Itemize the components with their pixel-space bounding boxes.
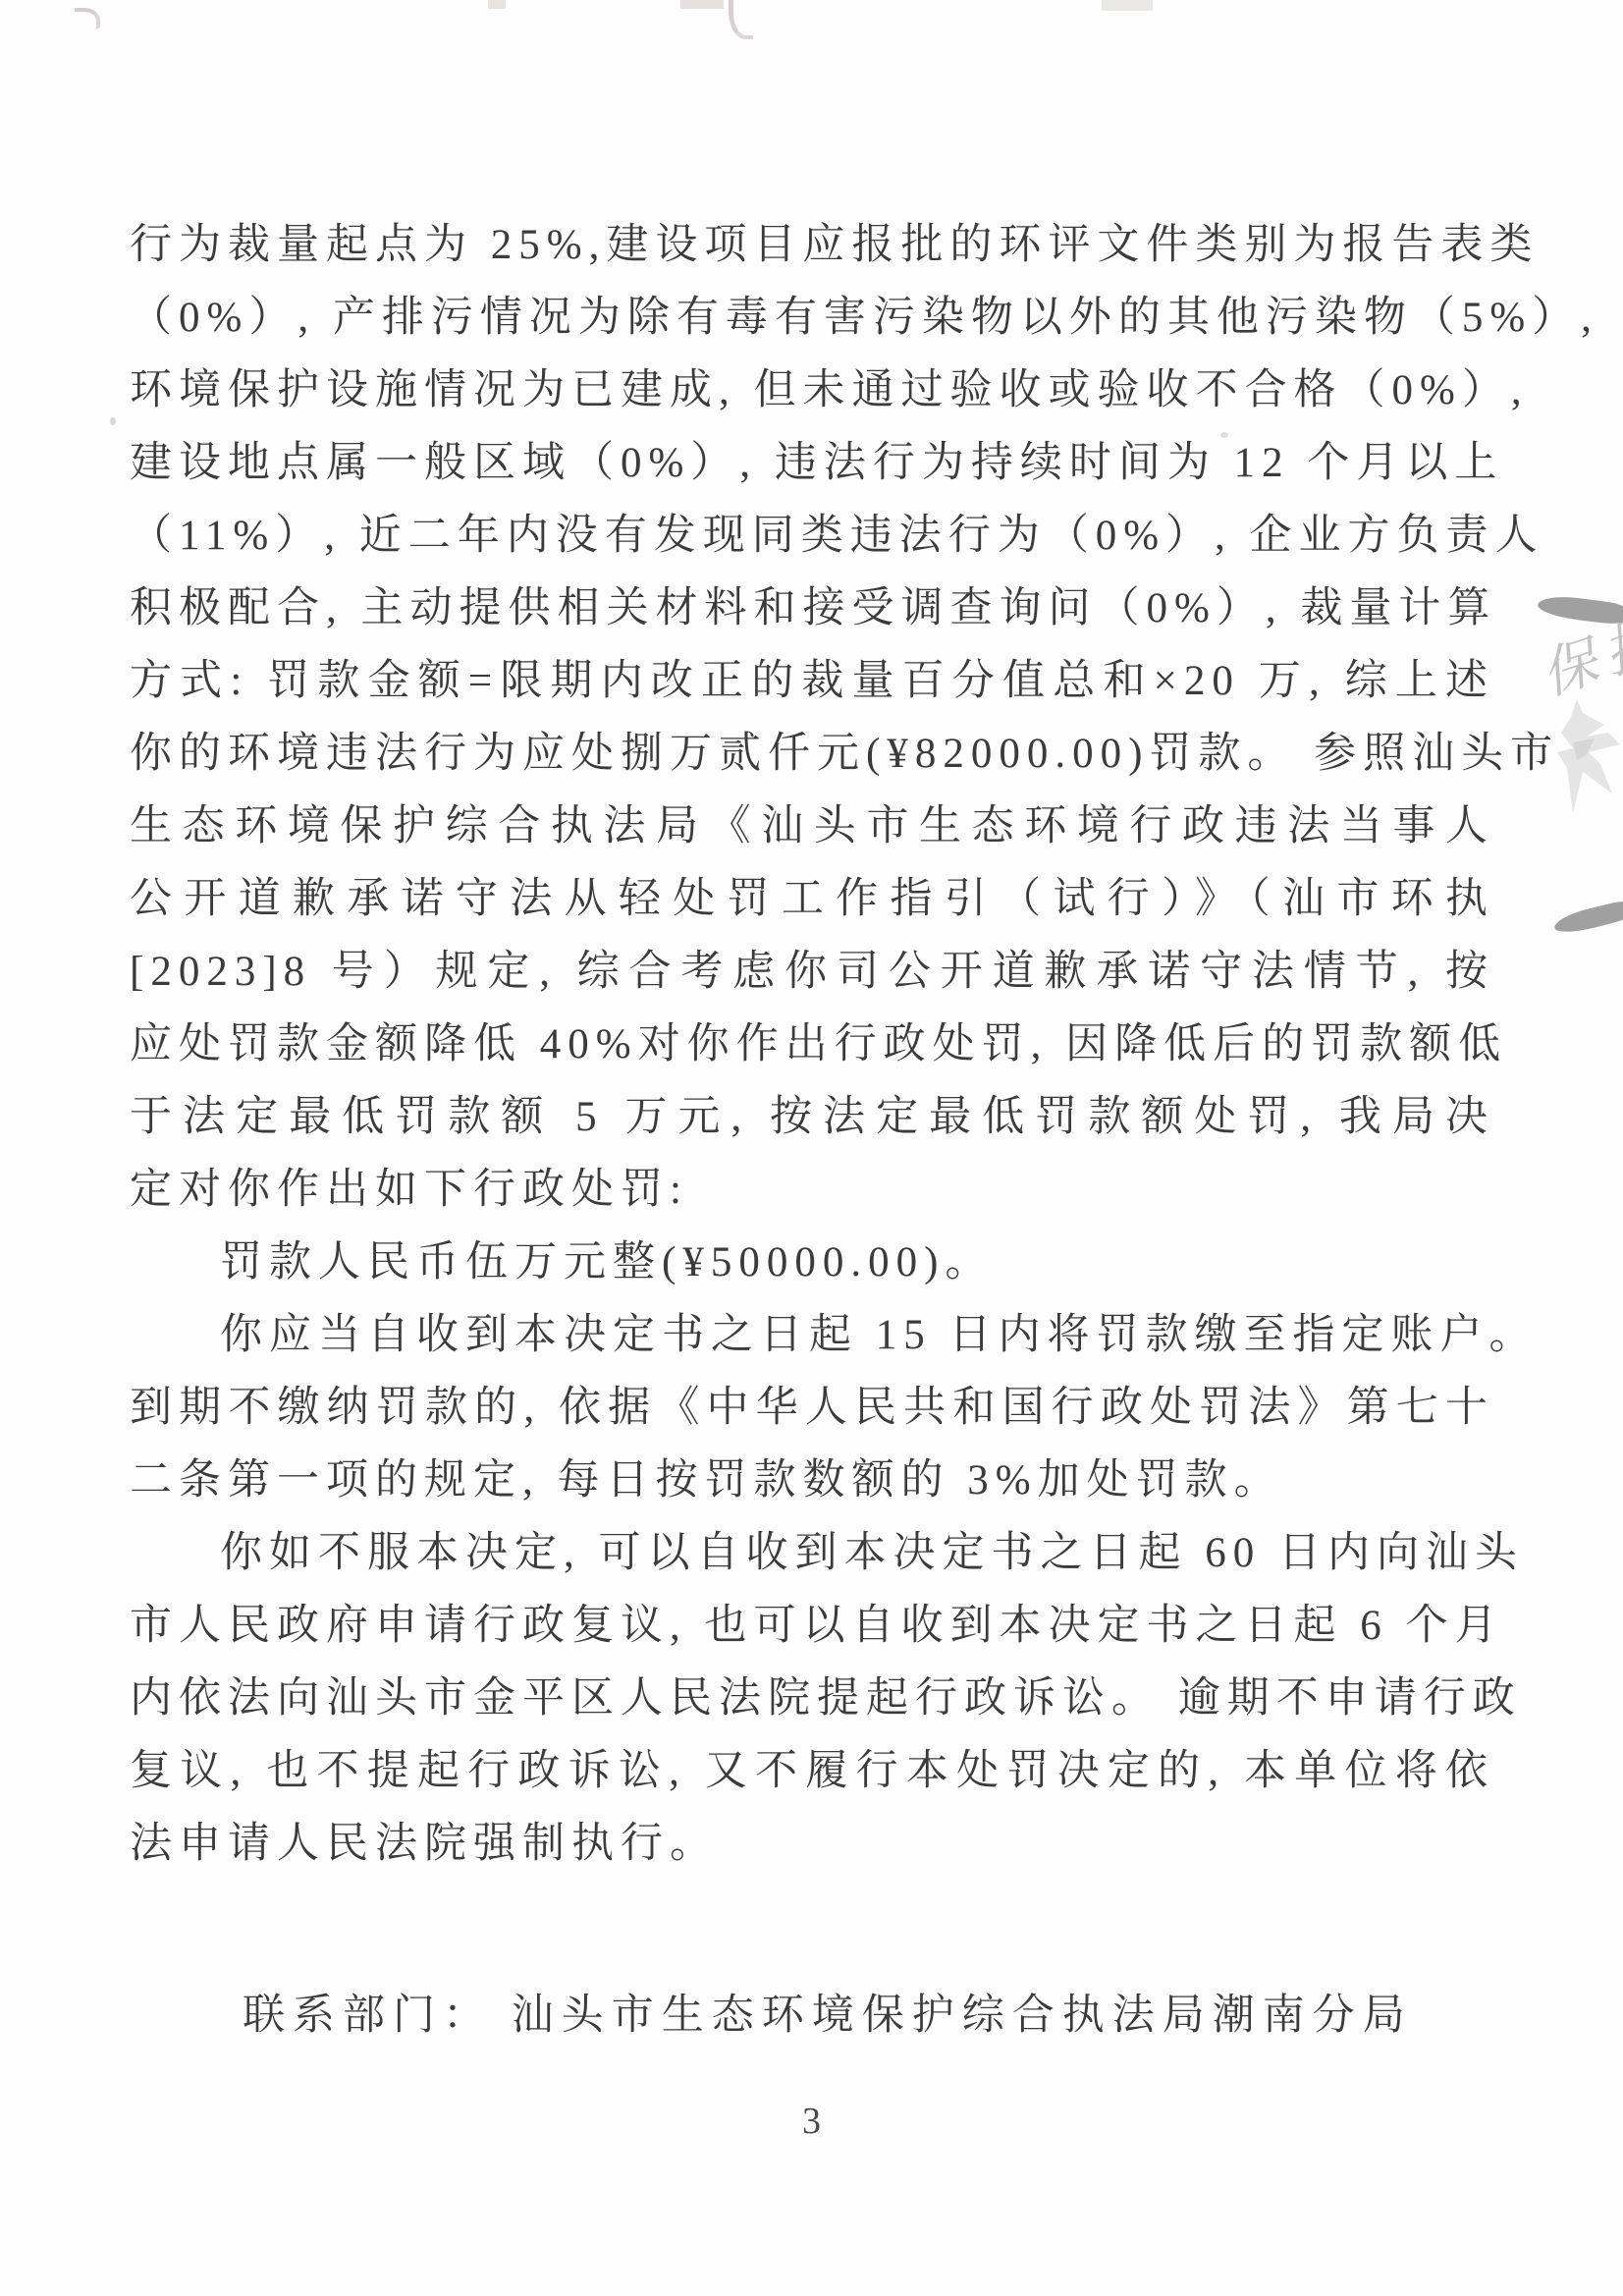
body-line: 公开道歉承诺守法从轻处罚工作指引（试行）》（汕市环执: [130, 863, 1494, 936]
penalty-amount-line: 罚款人民币伍万元整(¥50000.00)。: [130, 1227, 1494, 1299]
page-number: 3: [0, 2100, 1623, 2143]
scan-artifact-dash: [488, 0, 506, 9]
scan-artifact-squiggle: [75, 8, 100, 29]
body-line: 定对你作出如下行政处罚:: [130, 1154, 1494, 1227]
document-body: 行为裁量起点为 25%,建设项目应报批的环评文件类别为报告表类 （0%）, 产排…: [130, 209, 1494, 1881]
body-line: 复议, 也不提起行政诉讼, 又不履行本处罚决定的, 本单位将依: [130, 1735, 1494, 1808]
body-line: 你应当自收到本决定书之日起 15 日内将罚款缴至指定账户。: [130, 1299, 1494, 1372]
contact-department-line: 联系部门： 汕头市生态环境保护综合执法局潮南分局: [130, 1980, 1494, 2052]
body-line: 环境保护设施情况为已建成, 但未通过验收或验收不合格（0%）,: [130, 355, 1494, 427]
body-line: 生态环境保护综合执法局《汕头市生态环境行政违法当事人: [130, 791, 1494, 863]
body-line: 建设地点属一般区域（0%）, 违法行为持续时间为 12 个月以上: [130, 427, 1494, 500]
body-line: （0%）, 产排污情况为除有毒有害污染物以外的其他污染物（5%）,: [130, 282, 1494, 355]
body-line: 方式: 罚款金额=限期内改正的裁量百分值总和×20 万, 综上述: [130, 645, 1494, 718]
body-line: [2023]8 号）规定, 综合考虑你司公开道歉承诺守法情节, 按: [130, 936, 1494, 1009]
body-line: 市人民政府申请行政复议, 也可以自收到本决定书之日起 6 个月: [130, 1590, 1494, 1663]
body-line: 行为裁量起点为 25%,建设项目应报批的环评文件类别为报告表类: [130, 209, 1494, 282]
body-line: 你的环境违法行为应处捌万贰仟元(¥82000.00)罚款。 参照汕头市: [130, 718, 1494, 791]
body-line: 内依法向汕头市金平区人民法院提起行政诉讼。 逾期不申请行政: [130, 1663, 1494, 1735]
body-line: 法申请人民法院强制执行。: [130, 1808, 1494, 1881]
body-line: 到期不缴纳罚款的, 依据《中华人民共和国行政处罚法》第七十: [130, 1372, 1494, 1445]
seal-character-fragment: 保护: [1530, 606, 1623, 711]
scan-artifact-bar: [680, 0, 724, 9]
scanned-document-page: 行为裁量起点为 25%,建设项目应报批的环评文件类别为报告表类 （0%）, 产排…: [0, 0, 1623, 2296]
seal-stroke: [1552, 898, 1623, 937]
body-line: （11%）, 近二年内没有发现同类违法行为（0%）, 企业方负责人: [130, 500, 1494, 573]
body-line: 二条第一项的规定, 每日按罚款数额的 3%加处罚款。: [130, 1445, 1494, 1517]
seal-star-icon: [1543, 699, 1623, 827]
scan-artifact-speck: [110, 417, 116, 425]
body-line: 你如不服本决定, 可以自收到本决定书之日起 60 日内向汕头: [130, 1517, 1494, 1590]
scan-artifact-curve: [729, 0, 753, 39]
body-line: 应处罚款金额降低 40%对你作出行政处罚, 因降低后的罚款额低: [130, 1009, 1494, 1081]
scan-artifact-dash: [1102, 0, 1153, 11]
body-line: 于法定最低罚款额 5 万元, 按法定最低罚款额处罚, 我局决: [130, 1081, 1494, 1154]
body-line: 积极配合, 主动提供相关材料和接受调查询问（0%）, 裁量计算: [130, 573, 1494, 645]
